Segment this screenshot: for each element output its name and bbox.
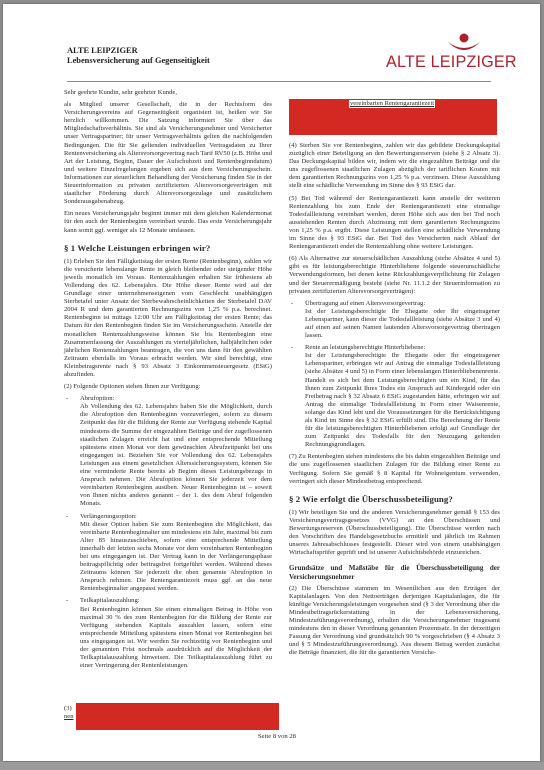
option-verlaengerung: - Verlängerungsoption: Mit dieser Option… [64, 513, 272, 594]
s2-paragraph-1: (1) Wir beteiligen Sie und die anderen V… [289, 509, 500, 558]
intro-paragraph: als Mitglied unserer Gesellschaft, die i… [64, 101, 272, 206]
header-divider [67, 81, 491, 82]
dash-bullet: - [66, 395, 68, 403]
dash-bullet: - [66, 597, 68, 605]
option-title: Übertragung auf einen Altersvorsorgevert… [305, 300, 500, 308]
option-text: Bei Rentenbeginn können Sie einen einmal… [80, 606, 272, 670]
s1-paragraph-2: (2) Folgende Optionen stehen Ihnen zur V… [64, 383, 272, 391]
option-uebertragung: - Übertragung auf einen Altersvorsorgeve… [289, 300, 500, 340]
redaction-block-right: vereinbarten Rentengarantiezeit [289, 99, 497, 135]
company-subtitle: Lebensversicherung auf Gegenseitigkeit [67, 56, 210, 66]
s2-paragraph-2: (2) Die Überschüsse stammen im Wesentlic… [289, 585, 500, 658]
option-title: Rente an leistungsberechtigte Hinterblie… [305, 344, 500, 352]
s1-paragraph-7: (7) Zu Rentenbeginn stehen mindestens di… [289, 453, 500, 485]
versicherungsjahr-paragraph: Ein neues Versicherungsjahr beginnt imme… [64, 210, 272, 234]
s1-paragraph-3-fragment: (3)nen [64, 705, 74, 721]
company-header: ALTE LEIPZIGER Lebensversicherung auf Ge… [67, 46, 210, 66]
option-title: Verlängerungsoption: [80, 513, 272, 521]
left-column: Sehr geehrte Kundin, sehr geehrter Kunde… [64, 89, 272, 674]
page-number: Seite 8 von 28 [258, 733, 296, 740]
company-name: ALTE LEIPZIGER [67, 46, 210, 56]
section-2-heading: § 2 Wie erfolgt die Überschussbeteiligun… [289, 495, 500, 503]
redaction-block-left [76, 703, 279, 730]
s1-paragraph-1: (1) Erleben Sie den Fälligkeitstag der e… [64, 258, 272, 379]
section-1-heading: § 1 Welche Leistungen erbringen wir? [64, 244, 272, 252]
s2-subheading: Grundsätze und Maßstäbe für die Überschu… [289, 564, 500, 580]
option-text: Ist der Leistungsberechtigte Ihr Ehegatt… [305, 308, 500, 339]
logo-wordmark: ALTE LEIPZIGER [386, 52, 517, 72]
logo-emblem-icon [444, 32, 484, 54]
greeting: Sehr geehrte Kundin, sehr geehrter Kunde… [64, 89, 272, 97]
dash-bullet: - [291, 300, 293, 308]
viewer-bottom-bar [0, 762, 544, 770]
redacted-visible-label: vereinbarten Rentengarantiezeit [349, 100, 435, 108]
option-title: Teilkapitalauszahlung: [80, 597, 272, 605]
s1-paragraph-6: (6) Als Alternative zur steuerschädliche… [289, 255, 500, 295]
option-text: Ist der Leistungsberechtigte Ihr Ehegatt… [305, 352, 500, 448]
option-abruf: - Abrufoption: Ab Vollendung des 62. Leb… [64, 395, 272, 508]
option-teilkapital: - Teilkapitalauszahlung: Bei Rentenbegin… [64, 597, 272, 670]
option-title: Abrufoption: [80, 395, 272, 403]
option-text: Mit dieser Option haben Sie zum Rentenbe… [80, 521, 272, 593]
dash-bullet: - [291, 344, 293, 352]
option-hinterbliebene: - Rente an leistungsberechtigte Hinterbl… [289, 344, 500, 449]
s1-paragraph-4: (4) Sterben Sie vor Rentenbeginn, zahlen… [289, 142, 500, 191]
s1-paragraph-5: (5) Bei Tod während der Rentengarantieze… [289, 195, 500, 252]
dash-bullet: - [66, 513, 68, 521]
option-text: Ab Vollendung des 62. Lebensjahrs haben … [80, 403, 272, 507]
right-column: (4) Sterben Sie vor Rentenbeginn, zahlen… [289, 98, 500, 661]
alte-leipziger-logo: ALTE LEIPZIGER [386, 32, 544, 82]
